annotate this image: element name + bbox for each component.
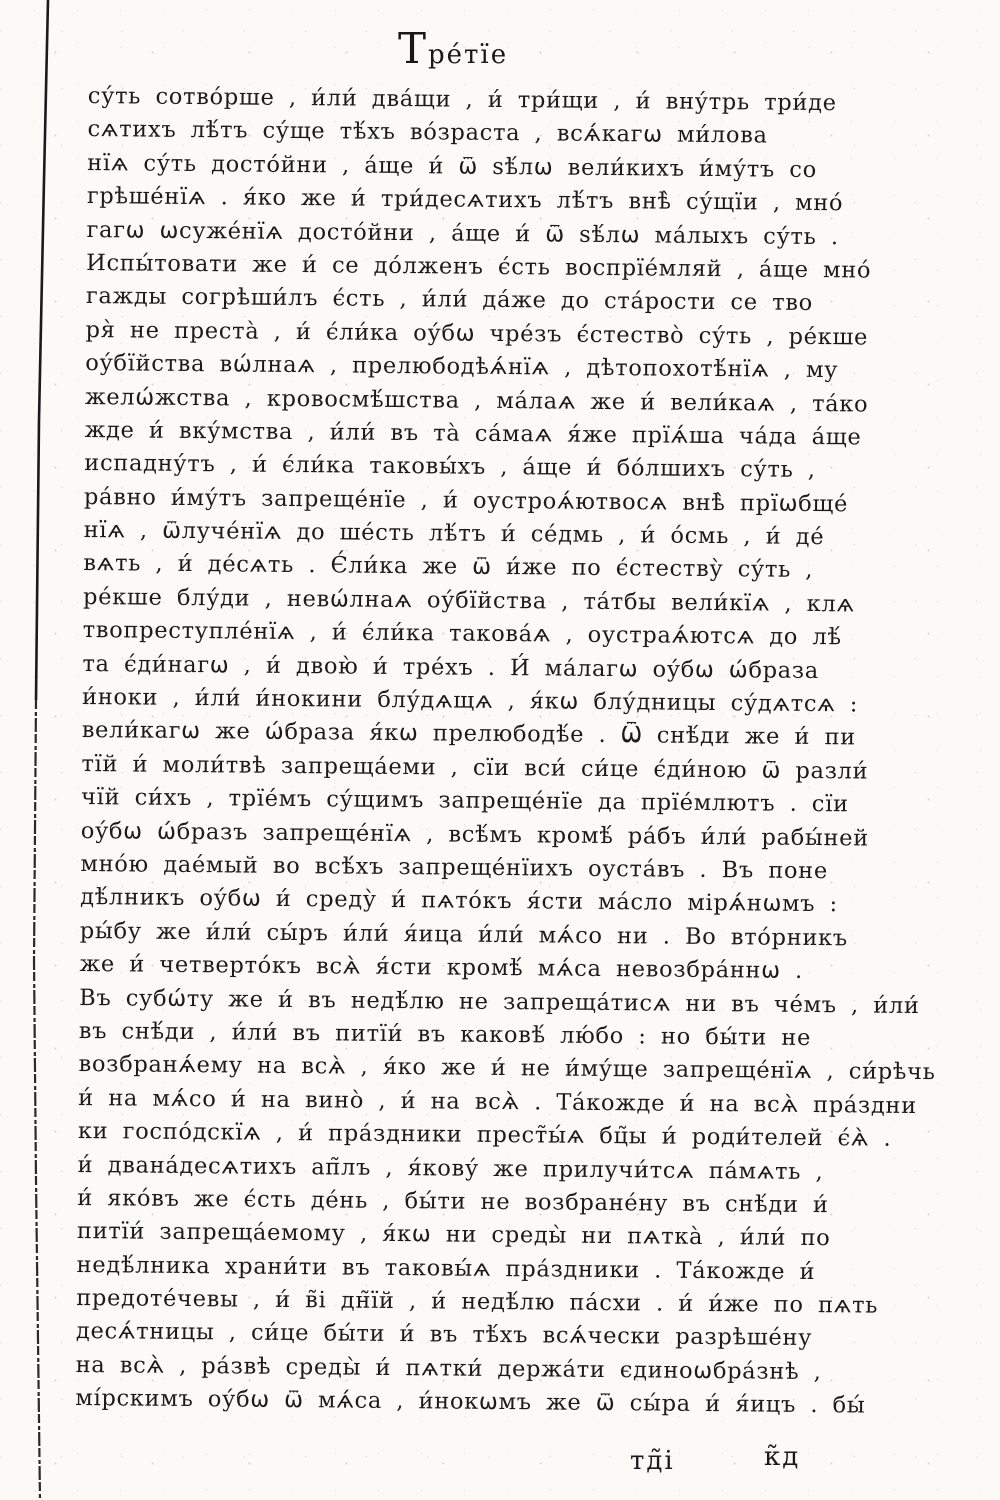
quire-signature-mark: тд̃і <box>630 1446 675 1476</box>
text-block: су́ть сотво́рше , и́ли́ два́щи , и́ три́… <box>75 80 948 1424</box>
folio-number: к̃д <box>764 1442 800 1472</box>
scanned-book-page: Тре́тїе су́ть сотво́рше , и́ли́ два́щи ,… <box>0 0 1000 1500</box>
page-title: Тре́тїе <box>398 24 508 73</box>
